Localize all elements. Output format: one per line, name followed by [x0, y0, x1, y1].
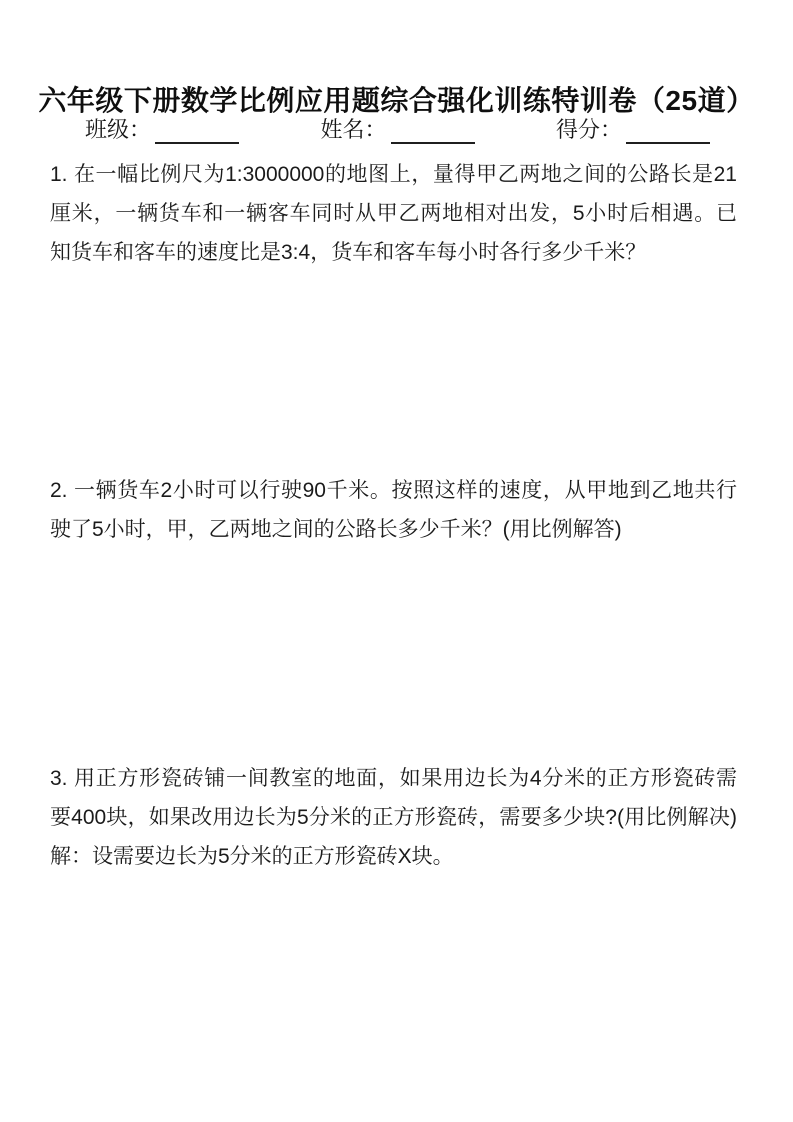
- field-name-blank[interactable]: [391, 118, 475, 144]
- field-name-label: 姓名：: [320, 113, 386, 144]
- worksheet-page: 六年级下册数学比例应用题综合强化训练特训卷（25道） 班级： 姓名： 得分： 1…: [0, 0, 793, 1122]
- question-1-line-3: 知货车和客车的速度比是3:4，货车和客车每小时各行多少千米？: [50, 233, 737, 272]
- field-name: 姓名：: [320, 113, 474, 144]
- field-class-blank[interactable]: [155, 118, 239, 144]
- question-1-line-1: 1. 在一幅比例尺为1:3000000的地图上，量得甲乙两地之间的公路长是21: [50, 155, 737, 194]
- question-3-line-1: 3. 用正方形瓷砖铺一间教室的地面，如果用边长为4分米的正方形瓷砖需: [50, 759, 737, 798]
- field-score-label: 得分：: [556, 113, 622, 144]
- question-2-line-2: 驶了5小时，甲，乙两地之间的公路长多少千米？(用比例解答): [50, 510, 737, 549]
- question-1: 1. 在一幅比例尺为1:3000000的地图上，量得甲乙两地之间的公路长是21 …: [50, 155, 737, 272]
- field-class: 班级：: [85, 113, 239, 144]
- question-2-line-1: 2. 一辆货车2小时可以行驶90千米。按照这样的速度，从甲地到乙地共行: [50, 471, 737, 510]
- field-class-label: 班级：: [85, 113, 151, 144]
- question-3: 3. 用正方形瓷砖铺一间教室的地面，如果用边长为4分米的正方形瓷砖需 要400块…: [50, 759, 737, 876]
- question-3-line-2: 要400块，如果改用边长为5分米的正方形瓷砖，需要多少块?(用比例解决): [50, 798, 737, 837]
- field-score-blank[interactable]: [626, 118, 710, 144]
- field-score: 得分：: [556, 113, 710, 144]
- header-fields: 班级： 姓名： 得分：: [85, 113, 710, 144]
- question-3-line-3: 解：设需要边长为5分米的正方形瓷砖X块。: [50, 837, 737, 876]
- question-2: 2. 一辆货车2小时可以行驶90千米。按照这样的速度，从甲地到乙地共行 驶了5小…: [50, 471, 737, 549]
- question-1-line-2: 厘米，一辆货车和一辆客车同时从甲乙两地相对出发，5小时后相遇。已: [50, 194, 737, 233]
